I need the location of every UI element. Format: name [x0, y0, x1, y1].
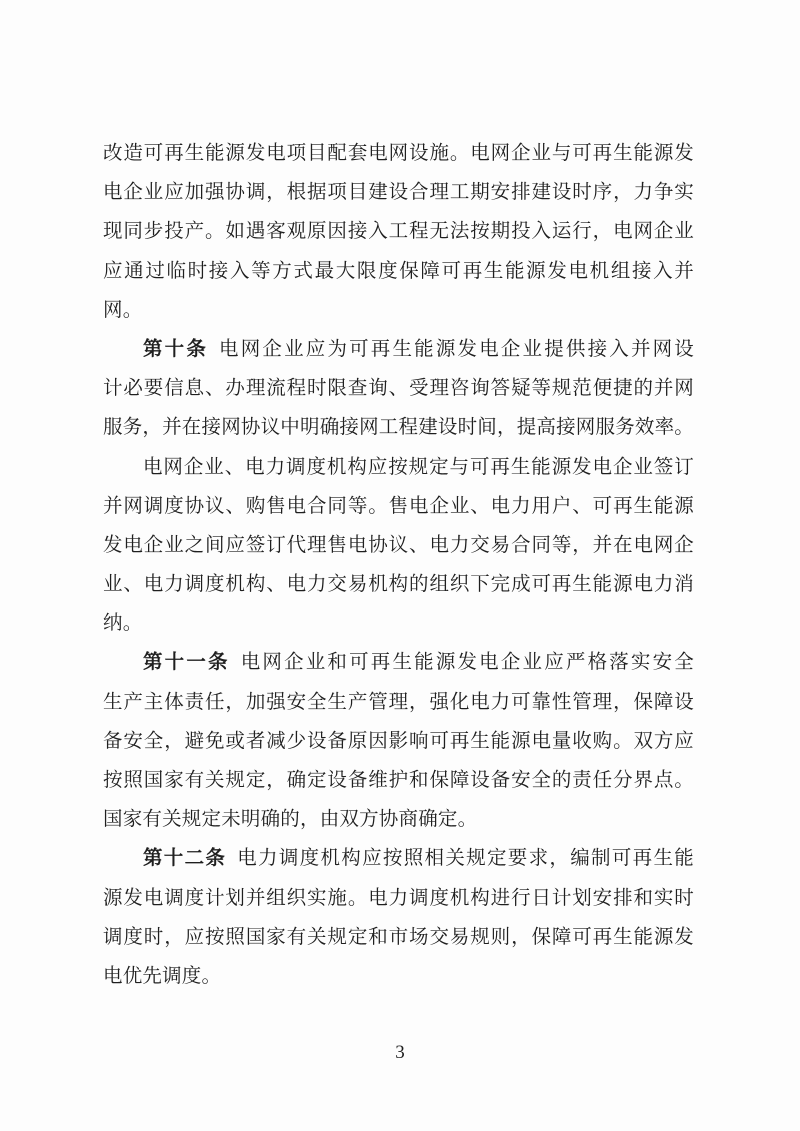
paragraph: 第十一条电网企业和可再生能源发电企业应严格落实安全生产主体责任，加强安全生产管理… — [103, 643, 694, 839]
text-line: 业、电力调度机构、电力交易机构的组织下完成可再生能源电力消 — [103, 565, 694, 604]
text-line: 调度时，应按照国家有关规定和市场交易规则，保障可再生能源发 — [103, 918, 694, 957]
paragraph: 第十二条电力调度机构应按照相关规定要求，编制可再生能源发电调度计划并组织实施。电… — [103, 839, 694, 996]
article-number: 第十二条 — [143, 848, 226, 869]
text-line: 源发电调度计划并组织实施。电力调度机构进行日计划安排和实时 — [103, 879, 694, 918]
text-line: 现同步投产。如遇客观原因接入工程无法按期投入运行，电网企业 — [103, 212, 694, 251]
text-line: 应通过临时接入等方式最大限度保障可再生能源发电机组接入并 — [103, 252, 694, 291]
text-line: 并网调度协议、购售电合同等。售电企业、电力用户、可再生能源 — [103, 487, 694, 526]
paragraph: 第十条电网企业应为可再生能源发电企业提供接入并网设计必要信息、办理流程时限查询、… — [103, 330, 694, 448]
document-body: 改造可再生能源发电项目配套电网设施。电网企业与可再生能源发电企业应加强协调，根据… — [103, 134, 694, 996]
paragraph: 改造可再生能源发电项目配套电网设施。电网企业与可再生能源发电企业应加强协调，根据… — [103, 134, 694, 330]
text-line: 计必要信息、办理流程时限查询、受理咨询答疑等规范便捷的并网 — [103, 369, 694, 408]
text-line: 生产主体责任，加强安全生产管理，强化电力可靠性管理，保障设 — [103, 683, 694, 722]
text-line: 电网企业、电力调度机构应按规定与可再生能源发电企业签订 — [103, 448, 694, 487]
article-number: 第十一条 — [143, 652, 230, 673]
text-line: 改造可再生能源发电项目配套电网设施。电网企业与可再生能源发 — [103, 134, 694, 173]
text-line: 网。 — [103, 291, 694, 330]
paragraph: 电网企业、电力调度机构应按规定与可再生能源发电企业签订并网调度协议、购售电合同等… — [103, 448, 694, 644]
text-line: 按照国家有关规定，确定设备维护和保障设备安全的责任分界点。 — [103, 761, 694, 800]
document-page: 改造可再生能源发电项目配套电网设施。电网企业与可再生能源发电企业应加强协调，根据… — [0, 0, 800, 1131]
text-line: 第十条电网企业应为可再生能源发电企业提供接入并网设 — [103, 330, 694, 369]
text-line: 备安全，避免或者减少设备原因影响可再生能源电量收购。双方应 — [103, 722, 694, 761]
text-line: 服务，并在接网协议中明确接网工程建设时间，提高接网服务效率。 — [103, 408, 694, 447]
text-line: 第十二条电力调度机构应按照相关规定要求，编制可再生能 — [103, 839, 694, 878]
text-line: 纳。 — [103, 604, 694, 643]
text-line: 第十一条电网企业和可再生能源发电企业应严格落实安全 — [103, 643, 694, 682]
line-text: 电网企业应为可再生能源发电企业提供接入并网设 — [219, 339, 694, 360]
page-number: 3 — [0, 1042, 800, 1064]
text-line: 电企业应加强协调，根据项目建设合理工期安排建设时序，力争实 — [103, 173, 694, 212]
text-line: 发电企业之间应签订代理售电协议、电力交易合同等，并在电网企 — [103, 526, 694, 565]
article-number: 第十条 — [143, 339, 208, 360]
text-line: 国家有关规定未明确的，由双方协商确定。 — [103, 800, 694, 839]
line-text: 电网企业和可再生能源发电企业应严格落实安全 — [241, 652, 694, 673]
line-text: 电力调度机构应按照相关规定要求，编制可再生能 — [237, 848, 694, 869]
text-line: 电优先调度。 — [103, 957, 694, 996]
